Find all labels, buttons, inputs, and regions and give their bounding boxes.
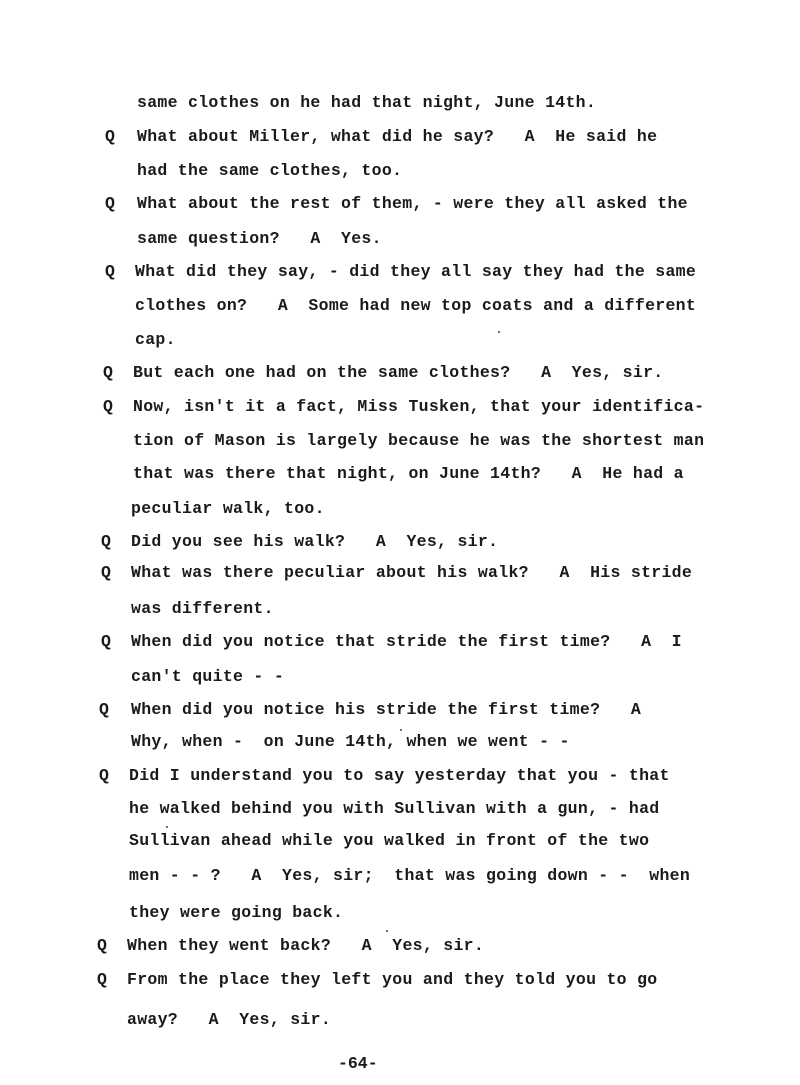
transcript-line-text: had the same clothes, too. [137,161,402,181]
transcript-line-text: What about Miller, what did he say? A He… [137,127,657,147]
transcript-line-text: Did I understand you to say yesterday th… [129,766,670,786]
transcript-line-text: away? A Yes, sir. [127,1010,331,1030]
transcript-line-text: same clothes on he had that night, June … [137,93,596,113]
transcript-line-text: From the place they left you and they to… [127,970,657,990]
scan-speck [386,930,388,932]
question-marker: Q [101,532,111,552]
scan-speck [400,729,402,731]
transcript-line-text: Did you see his walk? A Yes, sir. [131,532,498,552]
question-marker: Q [101,632,111,652]
transcript-line-text: men - - ? A Yes, sir; that was going dow… [129,866,690,886]
transcript-line-text: What did they say, - did they all say th… [135,262,696,282]
question-marker: Q [99,766,109,786]
transcript-line-text: When they went back? A Yes, sir. [127,936,484,956]
scan-speck [498,331,500,333]
page-number: -64- [338,1054,378,1074]
question-marker: Q [105,127,115,147]
transcript-line-text: they were going back. [129,903,343,923]
transcript-line-text: same question? A Yes. [137,229,382,249]
question-marker: Q [105,262,115,282]
transcript-page: same clothes on he had that night, June … [0,0,800,1085]
question-marker: Q [97,970,107,990]
transcript-line-text: that was there that night, on June 14th?… [133,464,684,484]
scan-speck [166,826,168,828]
question-marker: Q [105,194,115,214]
transcript-line-text: tion of Mason is largely because he was … [133,431,704,451]
question-marker: Q [103,397,113,417]
transcript-line-text: When did you notice that stride the firs… [131,632,682,652]
question-marker: Q [97,936,107,956]
transcript-line-text: When did you notice his stride the first… [131,700,641,720]
scan-speck [443,572,445,574]
transcript-line-text: was different. [131,599,274,619]
transcript-line-text: can't quite - - [131,667,284,687]
transcript-line-text: Why, when - on June 14th, when we went -… [131,732,570,752]
transcript-line-text: What was there peculiar about his walk? … [131,563,692,583]
question-marker: Q [101,563,111,583]
transcript-line-text: But each one had on the same clothes? A … [133,363,663,383]
question-marker: Q [103,363,113,383]
transcript-line-text: he walked behind you with Sullivan with … [129,799,659,819]
transcript-line-text: cap. [135,330,176,350]
transcript-line-text: clothes on? A Some had new top coats and… [135,296,696,316]
transcript-line-text: What about the rest of them, - were they… [137,194,688,214]
transcript-line-text: peculiar walk, too. [131,499,325,519]
transcript-line-text: Sullivan ahead while you walked in front… [129,831,649,851]
question-marker: Q [99,700,109,720]
transcript-line-text: Now, isn't it a fact, Miss Tusken, that … [133,397,704,417]
